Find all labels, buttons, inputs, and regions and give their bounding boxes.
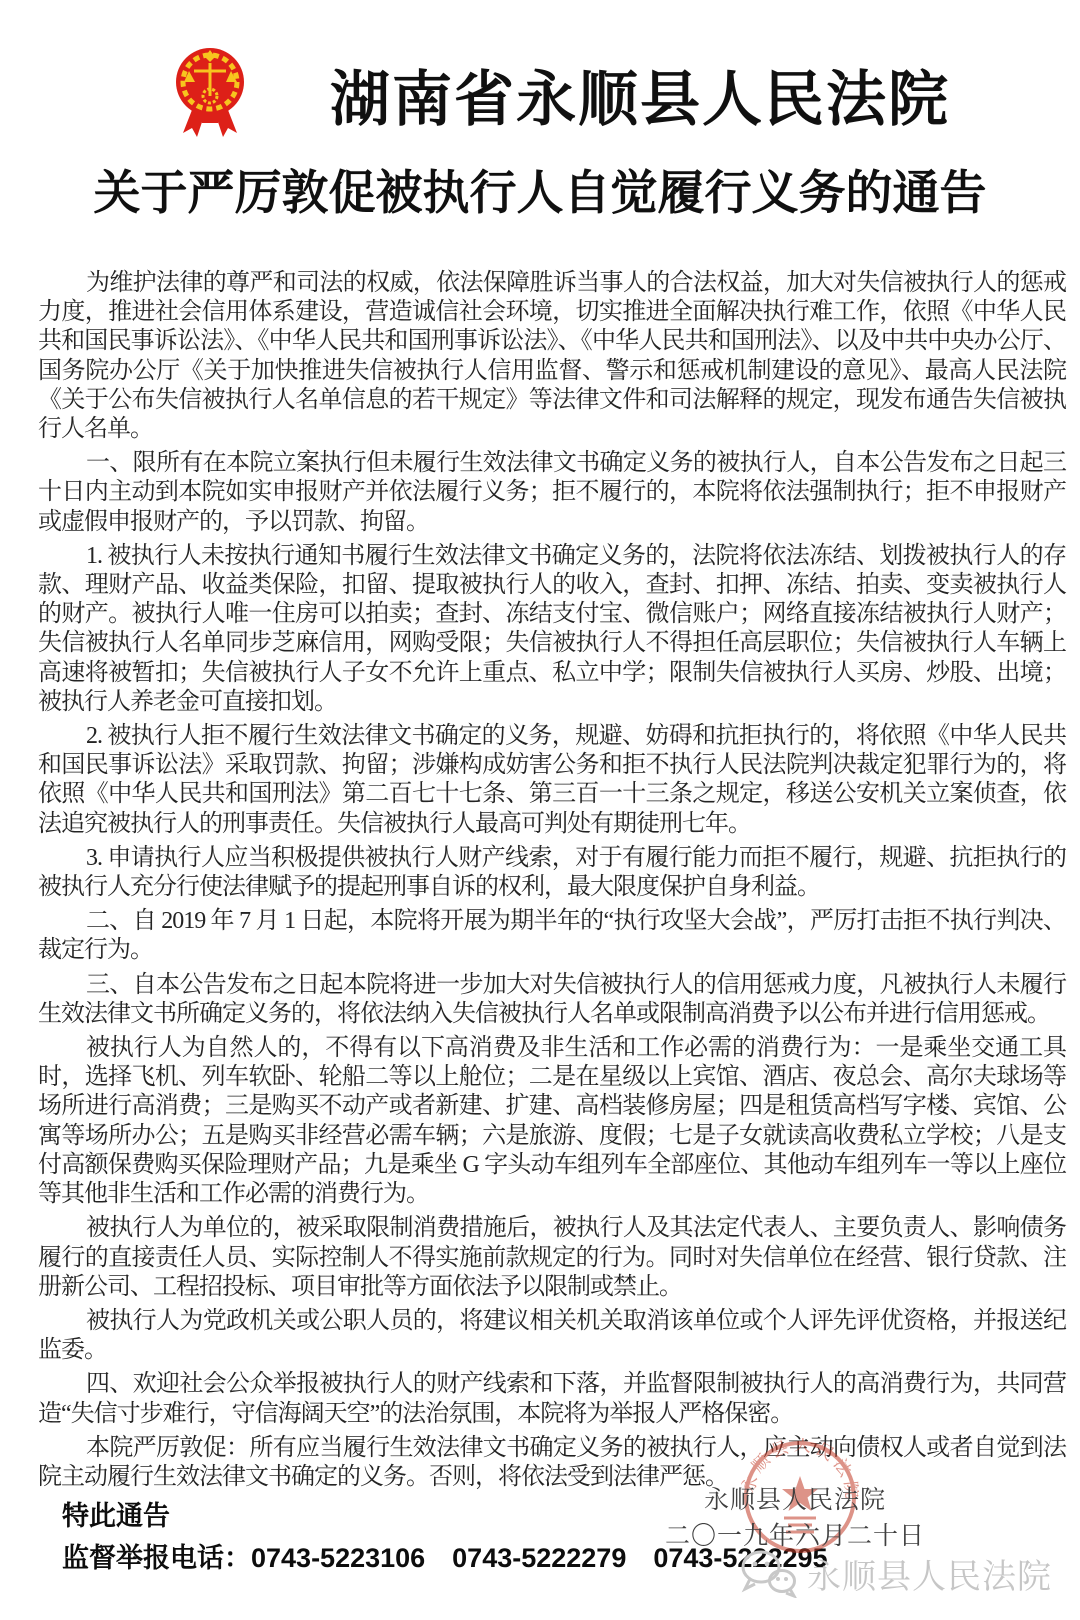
notice-paragraph: 3. 申请执行人应当积极提供被执行人财产线索，对于有履行能力而拒不履行，规避、抗… bbox=[38, 844, 1066, 902]
watermark-court-name: 永顺县人民法院 bbox=[807, 1549, 1052, 1598]
signature-block: 永顺县人民法院 二〇一九年六月二十日 bbox=[560, 1483, 1030, 1555]
notice-paragraph: 被执行人为党政机关或公职人员的，将建议相关机关取消该单位或个人评先评优资格，并报… bbox=[38, 1307, 1066, 1365]
notice-paragraph: 为维护法律的尊严和司法的权威，依法保障胜诉当事人的合法权益，加大对失信被执行人的… bbox=[38, 269, 1066, 444]
notice-paragraph: 四、欢迎社会公众举报被执行人的财产线索和下落，并监督限制被执行人的高消费行为，共… bbox=[38, 1370, 1066, 1428]
notice-paragraph: 1. 被执行人未按执行通知书履行生效法律文书确定义务的，法院将依法冻结、划拨被执… bbox=[38, 542, 1066, 717]
notice-paragraph: 一、限所有在本院立案执行但未履行生效法律文书确定义务的被执行人，自本公告发布之日… bbox=[38, 449, 1066, 537]
page-title: 湖南省永顺县人民法院 bbox=[330, 52, 950, 138]
notice-page: 湖南省永顺县人民法院 关于严厉敦促被执行人自觉履行义务的通告 为维护法律的尊严和… bbox=[0, 0, 1080, 1620]
notice-paragraph: 2. 被执行人拒不履行生效法律文书确定的义务，规避、妨碍和抗拒执行的，将依照《中… bbox=[38, 722, 1066, 839]
notice-paragraph: 二、自 2019 年 7 月 1 日起，本院将开展为期半年的“执行攻坚大会战”，… bbox=[38, 907, 1066, 965]
wechat-icon bbox=[739, 1548, 797, 1598]
notice-paragraph: 三、自本公告发布之日起本院将进一步加大对失信被执行人的信用惩戒力度，凡被执行人未… bbox=[38, 971, 1066, 1029]
court-emblem-icon bbox=[170, 44, 250, 146]
notice-body: 为维护法律的尊严和司法的权威，依法保障胜诉当事人的合法权益，加大对失信被执行人的… bbox=[0, 269, 1080, 1576]
page-subtitle: 关于严厉敦促被执行人自觉履行义务的通告 bbox=[0, 156, 1080, 223]
notice-paragraph: 被执行人为单位的，被采取限制消费措施后，被执行人及其法定代表人、主要负责人、影响… bbox=[38, 1214, 1066, 1302]
notice-paragraph: 被执行人为自然人的，不得有以下高消费及非生活和工作必需的消费行为：一是乘坐交通工… bbox=[38, 1034, 1066, 1209]
wechat-watermark: 永顺县人民法院 bbox=[739, 1548, 1052, 1598]
signature-court-name: 永顺县人民法院 bbox=[560, 1483, 1030, 1519]
notice-header: 湖南省永顺县人民法院 关于严厉敦促被执行人自觉履行义务的通告 bbox=[0, 0, 1080, 223]
header-row: 湖南省永顺县人民法院 bbox=[20, 44, 1080, 146]
